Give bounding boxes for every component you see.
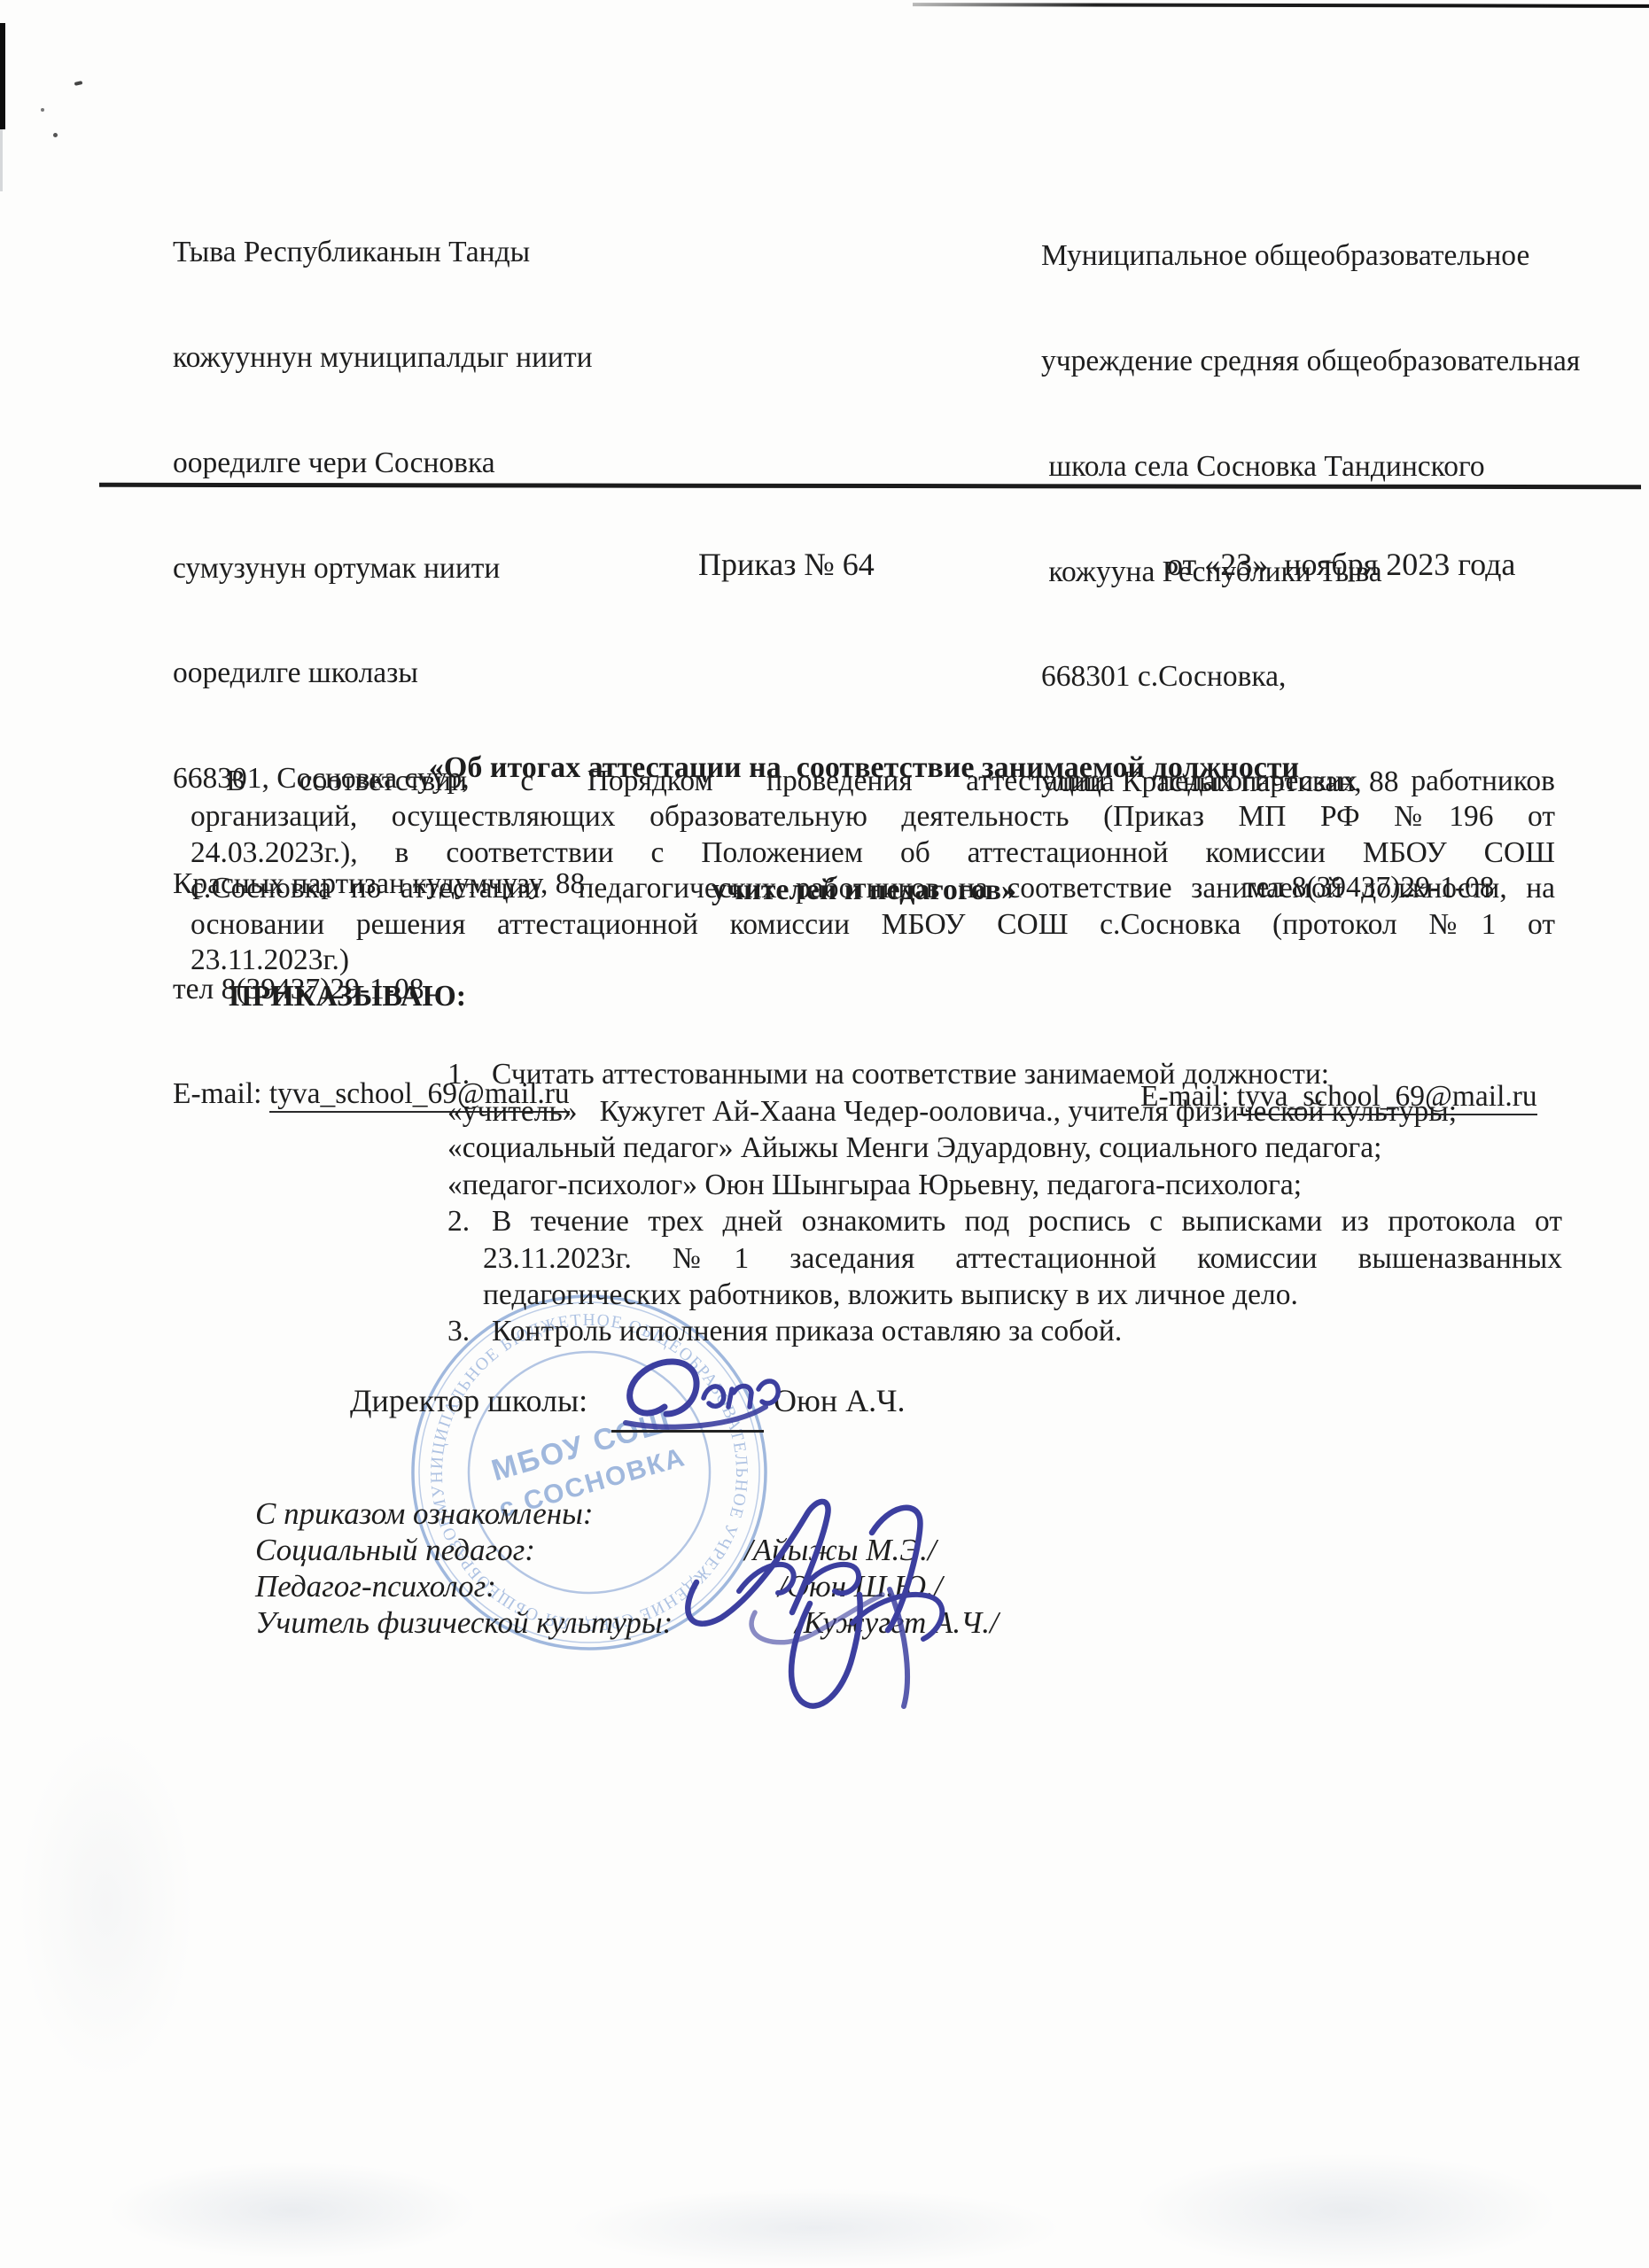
preamble-paragraph: В соответствии с Порядком проведения атт… [191,764,1555,978]
preamble-line: организаций, осуществляющих образователь… [191,799,1555,835]
preamble-line: основании решения аттестационной комисси… [191,907,1555,943]
letterhead-right-line: Муниципальное общеобразовательное [1041,238,1608,274]
scan-artifact-top-line [913,3,1649,8]
list-number: 1. [447,1056,492,1093]
order-item-2: 2.В течение трех дней ознакомить под рос… [447,1203,1562,1314]
scan-shadow-blotch [1134,2153,1560,2268]
order-item-1-line: «педагог-психолог» Оюн Шынгыраа Юрьевну,… [447,1167,1562,1204]
scan-shadow-blotch [106,2162,478,2259]
ack-role: Учитель физической культуры: [255,1605,673,1640]
order-item-2-line: 23.11.2023г. №1 заседания аттестационной… [447,1240,1562,1278]
ack-role: Социальный педагог: [255,1533,535,1567]
order-item-1: 1.Считать аттестованными на соответствие… [447,1056,1562,1203]
letterhead-right-line: учреждение средняя общеобразовательная [1041,344,1608,379]
resolve-keyword: ПРИКАЗЫВАЮ: [229,980,466,1014]
order-item-1-line: «учитель» Кужугет Ай-Хаана Чедер-оолович… [447,1093,1562,1130]
ack-signature-ink-2 [755,1570,1003,1712]
preamble-line: 23.11.2023г.) [191,943,1555,978]
letterhead-left-line: кожууннун муниципалдыг ниити [173,340,722,376]
preamble-line: 24.03.2023г.), в соответствии с Положени… [191,835,1555,871]
email-label: E-mail: [173,1077,269,1110]
scan-speck [41,108,44,112]
letterhead-left-line: сумузунун ортумак ниити [173,551,722,586]
letterhead-left-line: Тыва Республиканын Танды [173,235,722,270]
scan-speck [74,81,83,86]
scan-shadow-blotch [567,2188,1063,2268]
order-item-3-text: Контроль исполнения приказа оставляю за … [492,1315,1122,1348]
list-number: 3. [447,1313,492,1350]
order-date: от «23» ноября 2023 года [1167,546,1515,583]
order-item-2-text: В течение трех дней ознакомить под роспи… [492,1205,1562,1238]
preamble-line: В соответствии с Порядком проведения атт… [191,764,1555,799]
ack-role: Педагог-психолог: [255,1569,496,1604]
order-item-1-text: Считать аттестованными на соответствие з… [492,1058,1329,1091]
order-item-2-line: 2.В течение трех дней ознакомить под рос… [447,1203,1562,1240]
scan-shadow-blotch [18,1728,195,2082]
letterhead-right-line: школа села Сосновка Тандинского [1041,449,1608,485]
order-item-2-line: педагогических работников, вложить выпис… [447,1277,1562,1314]
scan-artifact-left-edge [0,23,5,129]
director-signature-ink [610,1345,805,1442]
letterhead-left-line: ооредилге чери Сосновка [173,446,722,481]
order-item-1-line: «социальный педагог» Айыжы Менги Эдуардо… [447,1130,1562,1167]
document-page: Тыва Республиканын Танды кожууннун муниц… [0,0,1649,2268]
order-item-1-line: 1.Считать аттестованными на соответствие… [447,1056,1562,1093]
scan-artifact-left-smear [0,129,3,191]
preamble-line: с.Сосновка по аттестации педагогических … [191,871,1555,906]
scan-speck [53,133,58,137]
list-number: 2. [447,1203,492,1240]
director-label: Директор школы: [350,1382,587,1419]
order-number: Приказ № 64 [698,546,875,583]
